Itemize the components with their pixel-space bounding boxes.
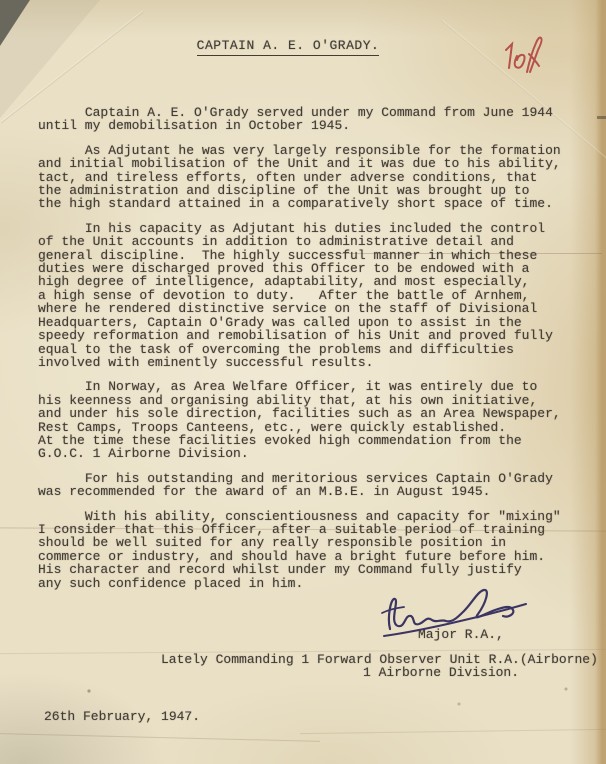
red-pencil-annotation <box>496 30 548 88</box>
paper-crease <box>0 733 320 742</box>
letter-paragraph: In Norway, as Area Welfare Officer, it w… <box>38 380 598 460</box>
letter-paragraph: Captain A. E. O'Grady served under my Co… <box>38 106 598 133</box>
photographed-letter: { "letter": { "title": "CAPTAIN A. E. O'… <box>0 0 606 764</box>
paper-edge-mark <box>597 116 606 119</box>
letter-title-text: CAPTAIN A. E. O'GRADY. <box>197 38 380 56</box>
paper-crease <box>300 729 606 734</box>
letter-paragraph: With his ability, conscientiousness and … <box>38 510 598 590</box>
letter-title: CAPTAIN A. E. O'GRADY. <box>0 38 576 56</box>
signature-division-line: 1 Airborne Division. <box>363 665 519 680</box>
handwritten-signature <box>374 583 542 645</box>
letter-body: Captain A. E. O'Grady served under my Co… <box>38 106 598 601</box>
letter-date: 26th February, 1947. <box>44 709 200 724</box>
letter-paragraph: In his capacity as Adjutant his duties i… <box>38 222 598 369</box>
letter-paragraph: As Adjutant he was very largely responsi… <box>38 144 598 211</box>
letter-page: CAPTAIN A. E. O'GRADY. Captain A. E. O'G… <box>0 0 606 764</box>
letter-paragraph: For his outstanding and meritorious serv… <box>38 472 598 499</box>
